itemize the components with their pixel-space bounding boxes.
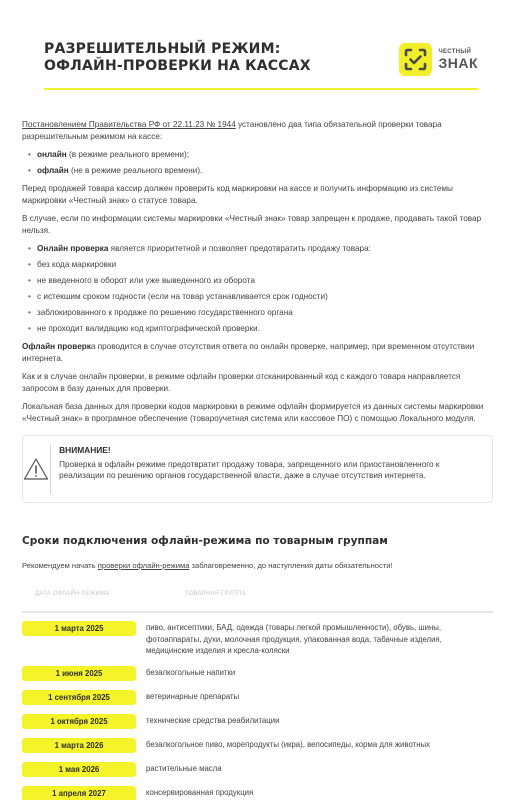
product-group: растительные масла	[146, 762, 222, 775]
schedule-table-body: 1 марта 2025пиво, антисептики, БАД, одеж…	[22, 621, 493, 800]
list-item: не проходит валидацию код криптографичес…	[28, 323, 493, 335]
product-group: пиво, антисептики, БАД, одежда (товары л…	[146, 621, 476, 657]
table-row: 1 мая 2026растительные масла	[22, 762, 493, 777]
product-group: безалкогольные напитки	[146, 666, 235, 679]
schedule-title: Сроки подключения офлайн-режима по товар…	[22, 535, 493, 547]
logo-big-text: ЗНАК	[438, 56, 478, 70]
header-divider	[44, 88, 478, 90]
table-row: 1 марта 2026безалкогольное пиво, морепро…	[22, 738, 493, 753]
date-badge: 1 марта 2026	[22, 738, 136, 753]
warning-triangle-icon	[23, 436, 50, 502]
paragraph-offline-scan: Как и в случае онлайн проверки, в режиме…	[22, 371, 493, 395]
schedule-table-header: ДАТА ОФЛАЙН РЕЖИМА ТОВАРНАЯ ГРУППА	[22, 588, 493, 613]
list-item: с истекшим сроком годности (если на това…	[28, 291, 493, 303]
logo-check-icon	[399, 43, 432, 76]
product-group: консервированная продукция	[146, 786, 253, 799]
online-check-list: Онлайн проверка является приоритетной и …	[22, 243, 493, 335]
page: РАЗРЕШИТЕЛЬНЫЙ РЕЖИМ: ОФЛАЙН-ПРОВЕРКИ НА…	[0, 0, 515, 800]
column-header-date: ДАТА ОФЛАЙН РЕЖИМА	[22, 588, 126, 600]
list-item: не введенного в оборот или уже выведенно…	[28, 275, 493, 287]
list-item: Онлайн проверка является приоритетной и …	[28, 243, 493, 255]
product-group: безалкогольное пиво, морепродукты (икра)…	[146, 738, 430, 751]
schedule-subtitle: Рекомендуем начать проверки офлайн-режим…	[22, 560, 493, 572]
intro-paragraph: Постановлением Правительства РФ от 22.11…	[22, 119, 493, 143]
title-line-1: РАЗРЕШИТЕЛЬНЫЙ РЕЖИМ:	[44, 41, 281, 57]
table-row: 1 апреля 2027консервированная продукция	[22, 786, 493, 800]
date-badge: 1 сентября 2025	[22, 690, 136, 705]
paragraph-forbidden: В случае, если по информации системы мар…	[22, 213, 493, 237]
list-item: онлайн (в режиме реального времени);	[28, 149, 493, 161]
list-item: без кода маркировки	[28, 259, 493, 271]
table-row: 1 марта 2025пиво, антисептики, БАД, одеж…	[22, 621, 493, 657]
list-item: заблокированного к продаже по решению го…	[28, 307, 493, 319]
table-row: 1 сентября 2025ветеринарные препараты	[22, 690, 493, 705]
decree-link[interactable]: Постановлением Правительства РФ от 22.11…	[22, 120, 236, 129]
notice-title: ВНИМАНИЕ!	[59, 444, 482, 456]
date-badge: 1 октября 2025	[22, 714, 136, 729]
warning-notice: ВНИМАНИЕ! Проверка в офлайн режиме предо…	[22, 435, 493, 503]
paragraph-local-db: Локальная база данных для проверки кодов…	[22, 401, 493, 425]
check-types-list: онлайн (в режиме реального времени); офл…	[22, 149, 493, 177]
date-badge: 1 марта 2025	[22, 621, 136, 636]
header: РАЗРЕШИТЕЛЬНЫЙ РЕЖИМ: ОФЛАЙН-ПРОВЕРКИ НА…	[22, 0, 493, 89]
list-item: офлайн (не в режиме реального времени).	[28, 165, 493, 177]
table-row: 1 июня 2025безалкогольные напитки	[22, 666, 493, 681]
date-badge: 1 мая 2026	[22, 762, 136, 777]
paragraph-cashier: Перед продажей товара кассир должен пров…	[22, 183, 493, 207]
offline-checks-link[interactable]: проверки офлайн-режима	[98, 561, 190, 570]
table-row: 1 октября 2025технические средства реаби…	[22, 714, 493, 729]
content: Постановлением Правительства РФ от 22.11…	[22, 89, 493, 800]
date-badge: 1 июня 2025	[22, 666, 136, 681]
notice-body: ВНИМАНИЕ! Проверка в офлайн режиме предо…	[50, 436, 492, 502]
logo-text: ЧЕСТНЫЙ ЗНАК	[438, 49, 478, 70]
product-group: технические средства реабилитации	[146, 714, 279, 727]
notice-text: Проверка в офлайн режиме предотвратит пр…	[59, 459, 482, 481]
page-title: РАЗРЕШИТЕЛЬНЫЙ РЕЖИМ: ОФЛАЙН-ПРОВЕРКИ НА…	[44, 41, 311, 75]
date-badge: 1 апреля 2027	[22, 786, 136, 800]
paragraph-offline: Офлайн проверка проводится в случае отсу…	[22, 341, 493, 365]
product-group: ветеринарные препараты	[146, 690, 239, 703]
column-header-group: ТОВАРНАЯ ГРУППА	[126, 588, 246, 600]
title-line-2: ОФЛАЙН-ПРОВЕРКИ НА КАССАХ	[44, 58, 311, 74]
logo: ЧЕСТНЫЙ ЗНАК	[399, 43, 478, 76]
